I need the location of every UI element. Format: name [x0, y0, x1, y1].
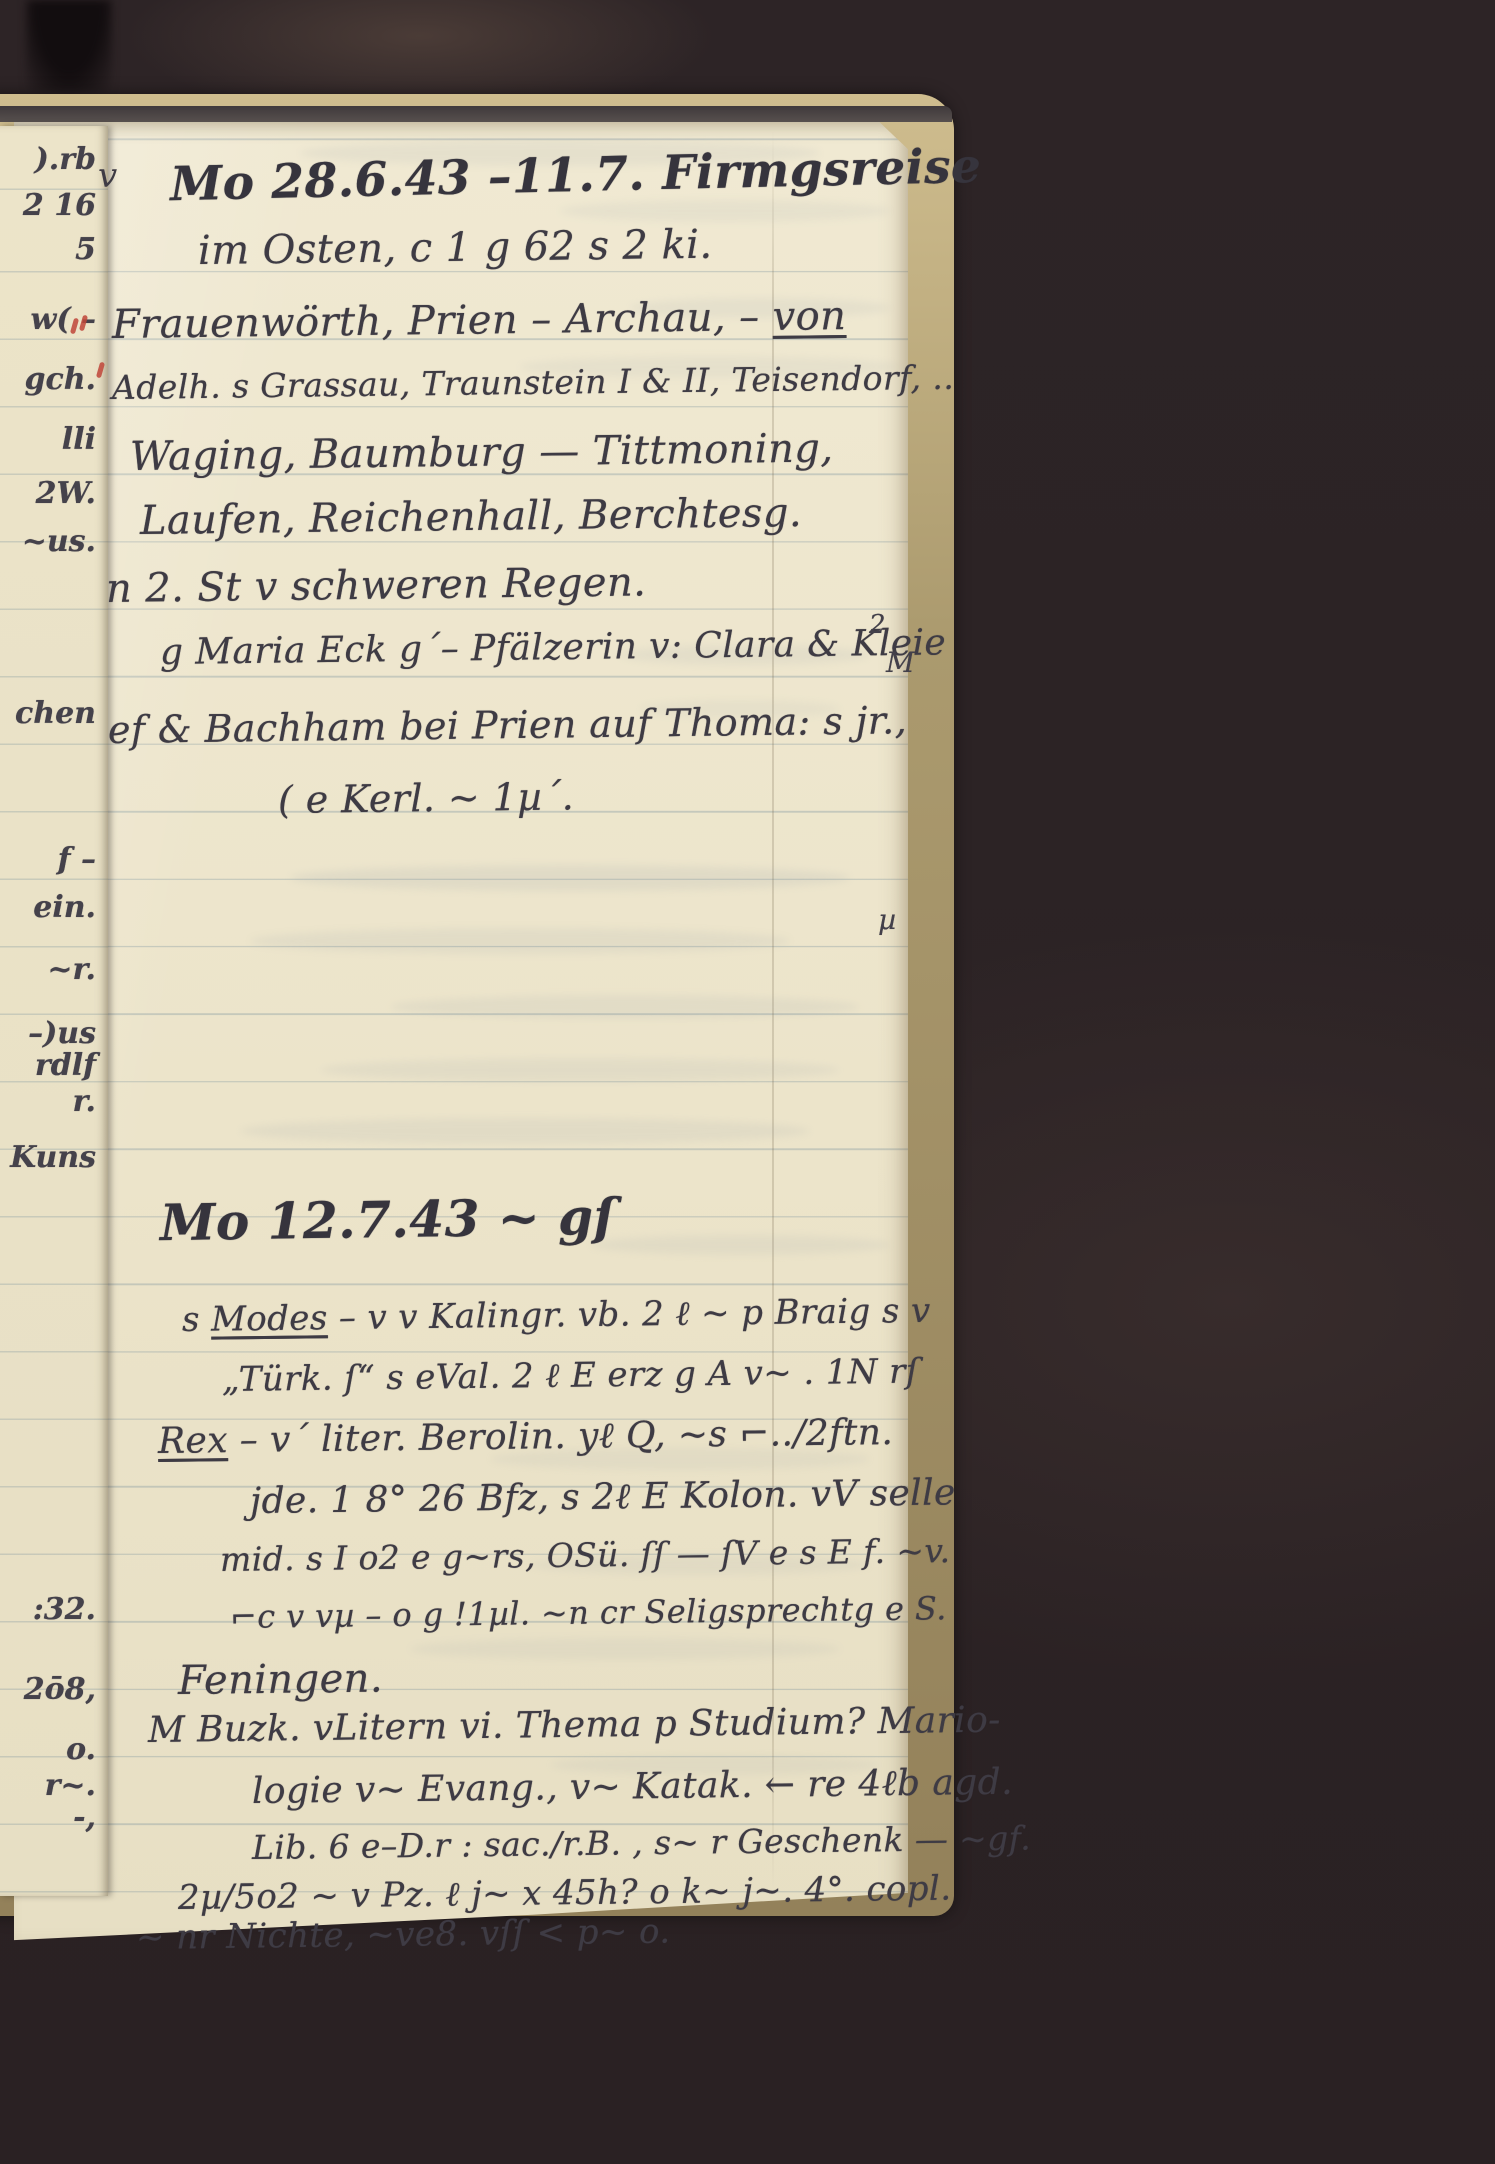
handwritten-line: Rex – v´ liter. Berolin. yℓ Q, ~s ⌐../2f…	[158, 1411, 894, 1462]
margin-mark: 2	[869, 610, 886, 640]
prev-page-text-fragment: chen	[15, 696, 96, 731]
ink-bleedthrough	[410, 1638, 840, 1660]
handwritten-line: Feningen.	[178, 1655, 383, 1704]
prev-page-text-fragment: –)us	[28, 1016, 96, 1051]
ink-bleedthrough	[590, 1235, 890, 1255]
prev-page-text-fragment: 2 16	[23, 188, 96, 223]
prev-page-text-fragment: o.	[66, 1732, 96, 1767]
entry2-date-heading: Mo 12.7.43 ~ gſ	[160, 1187, 616, 1252]
prev-page-text-fragment: -,	[73, 1800, 96, 1835]
prev-page-text-fragment: 5	[75, 232, 96, 267]
ink-bleedthrough	[290, 865, 850, 891]
prev-page-text-fragment: Kuns	[10, 1140, 96, 1175]
prev-page-text-fragment: :32.	[33, 1592, 96, 1627]
prev-page-text-fragment: rdlf	[35, 1048, 96, 1083]
prev-page-text-fragment: 2ō8,	[24, 1672, 96, 1707]
handwritten-line: n 2. St v schweren Regen.	[106, 559, 647, 612]
ink-bleedthrough	[560, 200, 890, 222]
handwritten-line: Laufen, Reichenhall, Berchtesg.	[140, 490, 803, 544]
margin-mark: µ	[878, 903, 896, 936]
previous-page-edge: ).rb2 165w( –gch.lli2W.~us.chenf –ein.~r…	[0, 126, 108, 1896]
prev-page-text-fragment: ~us.	[22, 524, 96, 559]
ink-bleedthrough	[320, 1058, 840, 1082]
ink-bleedthrough	[390, 995, 860, 1019]
prev-page-text-fragment: f –	[58, 842, 96, 877]
handwritten-line: „Türk. ſ“ s eVal. 2 ℓ E erz g A v~ . 1N …	[222, 1351, 919, 1400]
handwritten-line: im Osten, c 1 g 62 s 2 ki.	[198, 222, 713, 274]
prev-page-text-fragment: r~.	[45, 1768, 96, 1803]
handwritten-line: Waging, Baumburg — Tittmoning,	[130, 425, 834, 480]
handwritten-line: ~ nr Nichte, ~ve8. vſſ < p~ o.	[136, 1911, 671, 1958]
prev-page-text-fragment: r.	[73, 1084, 97, 1119]
notebook-scan: ).rb2 165w( –gch.lli2W.~us.chenf –ein.~r…	[0, 0, 1495, 2164]
handwritten-line: Frauenwörth, Prien – Archau, – von	[112, 293, 847, 348]
ink-bleedthrough	[240, 1118, 810, 1144]
page-gap-shadow	[0, 106, 952, 122]
binding-shadow	[26, 0, 112, 92]
entry1-checkmark: v	[98, 156, 117, 196]
ink-bleedthrough	[250, 928, 790, 954]
prev-page-text-fragment: ein.	[33, 890, 96, 925]
handwritten-line: jde. 1 8° 26 Bfz, s 2ℓ E Kolon. vV selle	[250, 1471, 956, 1522]
prev-page-text-fragment: lli	[62, 422, 96, 457]
prev-page-text-fragment: ).rb	[35, 142, 96, 177]
prev-page-text-fragment: gch.	[25, 362, 97, 397]
prev-page-text-fragment: ~r.	[47, 952, 96, 987]
handwritten-line: ( e Kerl. ~ 1µ´.	[278, 774, 575, 822]
prev-page-text-fragment: 2W.	[36, 476, 96, 511]
margin-mark: M	[886, 646, 915, 679]
